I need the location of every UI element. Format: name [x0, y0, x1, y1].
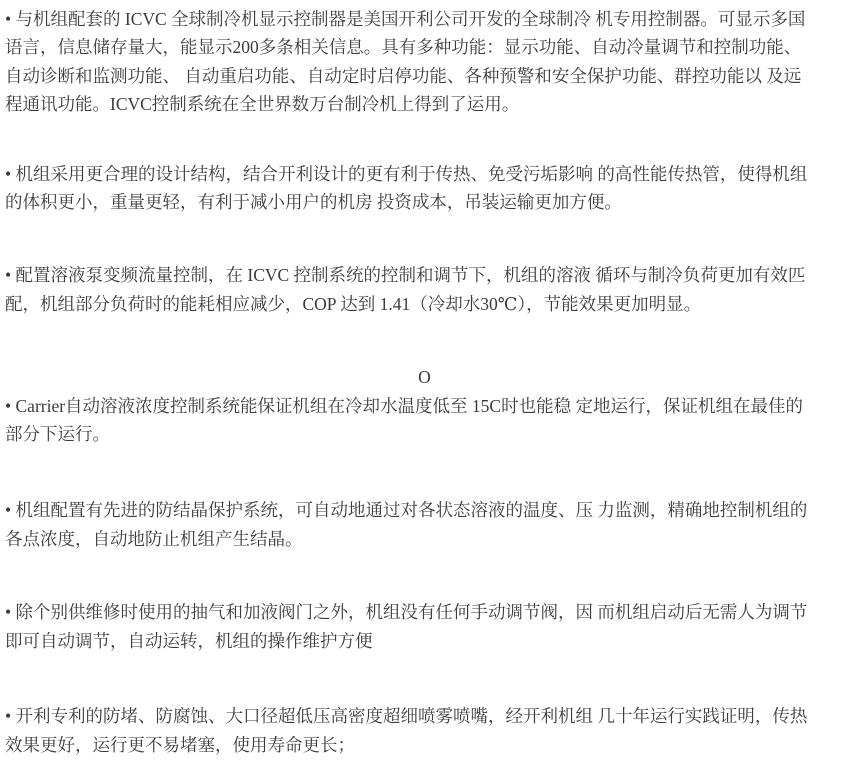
- stray-o-marker: O: [5, 363, 844, 391]
- paragraph-spray-nozzles: • 开利专利的防堵、防腐蚀、大口径超低压高密度超细喷雾喷嘴，经开利机组 几十年运…: [5, 702, 844, 759]
- document-page: • 与机组配套的 ICVC 全球制冷机显示控制器是美国开利公司开发的全球制冷 机…: [0, 0, 848, 759]
- paragraph-anti-crystallization: • 机组配置有先进的防结晶保护系统，可自动地通过对各状态溶液的温度、压 力监测，…: [5, 496, 844, 553]
- paragraph-solution-pump-vfd: • 配置溶液泵变频流量控制，在 ICVC 控制系统的控制和调节下，机组的溶液 循…: [5, 261, 844, 318]
- paragraph-carrier-concentration-control: • Carrier自动溶液浓度控制系统能保证机组在冷却水温度低至 15C时也能稳…: [5, 392, 844, 449]
- paragraph-no-manual-valves: • 除个别供维修时使用的抽气和加液阀门之外，机组没有任何手动调节阀，因 而机组启…: [5, 598, 844, 655]
- paragraph-icvc-controller: • 与机组配套的 ICVC 全球制冷机显示控制器是美国开利公司开发的全球制冷 机…: [5, 5, 844, 119]
- paragraph-design-structure: • 机组采用更合理的设计结构，结合开利设计的更有利于传热、免受污垢影响 的高性能…: [5, 160, 844, 217]
